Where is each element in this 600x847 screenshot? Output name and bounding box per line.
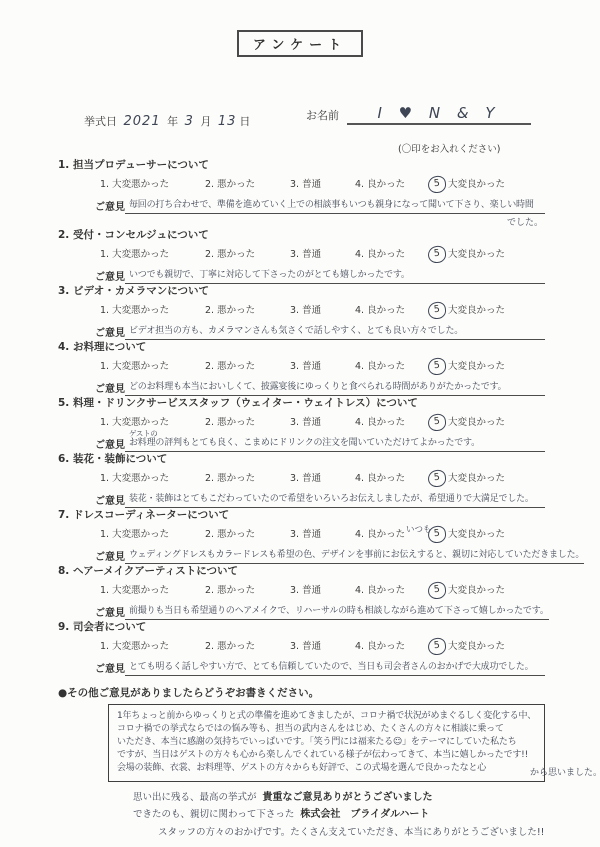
rating-option-5-selected: 5大変良かった — [428, 526, 505, 543]
rating-option-1: 1. 大変悪かった — [100, 640, 205, 654]
section-reception: 2. 受付・コンセルジュについて 1. 大変悪かった 2. 悪かった 3. 普通… — [58, 229, 545, 285]
footer-line-3: スタッフの方々のおかげです。たくさん支えていただき、本当にありがとうございました… — [158, 824, 570, 838]
footer-handwritten-2: できたのも、親切に関わって下さった — [133, 809, 294, 820]
rating-option-2: 2. 悪かった — [205, 640, 290, 654]
rating-option-2: 2. 悪かった — [205, 248, 290, 262]
rating-options-row: 1. 大変悪かった 2. 悪かった 3. 普通 4. 良かった 5大変良かった — [100, 470, 545, 487]
rating-option-5-selected: 5大変良かった — [428, 470, 505, 487]
handwritten-line-2: コロナ禍での挙式ならではの悩み等も、担当の武内さんをはじめ、たくさんの方々に相談… — [117, 723, 536, 736]
rating-option-3: 3. 普通 — [290, 528, 355, 542]
rating-option-2: 2. 悪かった — [205, 178, 290, 192]
handwritten-overflow: から思いました。 — [530, 765, 600, 778]
rating-option-1: 1. 大変悪かった — [100, 304, 205, 318]
questionnaire-scan: アンケート 挙式日 2021 年 3 月 13日 お名前 I ♥ N & Y (… — [0, 0, 600, 847]
footer-handwritten-3: スタッフの方々のおかげです。たくさん支えていただき、本当にありがとうございました… — [158, 827, 544, 838]
name-field: お名前 I ♥ N & Y — [306, 103, 531, 125]
circle-mark: 5 — [427, 413, 447, 432]
section-dress-coordinator: 7. ドレスコーディネーターについて 1. 大変悪かった 2. 悪かった 3. … — [58, 509, 545, 565]
section-hair-makeup: 8. ヘアーメイクアーティストについて 1. 大変悪かった 2. 悪かった 3.… — [58, 565, 545, 621]
rating-option-1: 1. 大変悪かった — [100, 472, 205, 486]
comment-handwritten: 毎回の打ち合わせで、準備を進めていく上での相談事もいつも親身になって聞いて下さり… — [125, 199, 545, 214]
handwritten-line-5: 会場の装飾、衣裳、お料理等、ゲストの方々からも好評で、この式場を選んで良かったな… — [117, 762, 536, 775]
comment-label: ご意見 — [95, 198, 125, 214]
comment-handwritten: ウェディングドレスもカラードレスも希望の色、デザインを事前にお伝えすると、親切に… — [125, 549, 584, 564]
comment-row: ご意見 とても明るく話しやすい方で、とても信頼していたので、当日も司会者さんのお… — [95, 660, 545, 676]
comment-label: ご意見 — [95, 660, 125, 676]
rating-option-2: 2. 悪かった — [205, 304, 290, 318]
section-heading: 8. ヘアーメイクアーティストについて — [58, 565, 545, 578]
rating-options-row: 1. 大変悪かった 2. 悪かった 3. 普通 4. 良かった 5大変良かった — [100, 582, 545, 599]
rating-options-row: 1. 大変悪かった 2. 悪かった 3. 普通 4. 良かった 5大変良かった — [100, 358, 545, 375]
section-service-staff: 5. 料理・ドリンクサービススタッフ（ウェイター・ウェイトレス）について 1. … — [58, 397, 545, 453]
rating-option-1: 1. 大変悪かった — [100, 360, 205, 374]
comment-row: ご意見 装花・装飾はとてもこだわっていたので希望をいろいろお伝えしましたが、希望… — [95, 492, 545, 508]
page-title: アンケート — [237, 30, 363, 57]
section-decoration: 6. 装花・装飾について 1. 大変悪かった 2. 悪かった 3. 普通 4. … — [58, 453, 545, 509]
section-heading: 7. ドレスコーディネーターについて — [58, 509, 545, 522]
insertion-note-handwritten: ゲストの — [129, 428, 158, 439]
handwritten-line-1: 1年ちょっと前からゆっくりと式の準備を進めてきましたが、コロナ禍で状況がめまぐる… — [117, 710, 536, 723]
other-comments-section: ●その他ご意見がありましたらどうぞお書きください。 1年ちょっと前からゆっくりと… — [58, 685, 545, 782]
rating-option-1: 1. 大変悪かった — [100, 178, 205, 192]
rating-option-2: 2. 悪かった — [205, 472, 290, 486]
section-mc: 9. 司会者について 1. 大変悪かった 2. 悪かった 3. 普通 4. 良か… — [58, 621, 545, 677]
rating-options-row: 1. 大変悪かった 2. 悪かった 3. 普通 4. 良かった いつも 5大変良… — [100, 526, 545, 543]
company-name-printed: 株式会社 ブライダルハート — [300, 809, 429, 820]
comment-label: ご意見 — [95, 492, 125, 508]
rating-option-5-selected: 5大変良かった — [428, 246, 505, 263]
comment-label: ご意見 — [95, 268, 125, 284]
rating-options-row: 1. 大変悪かった 2. 悪かった 3. 普通 4. 良かった 5大変良かった — [100, 246, 545, 263]
rating-options-row: 1. 大変悪かった 2. 悪かった 3. 普通 4. 良かった 5大変良かった — [100, 638, 545, 655]
rating-option-5-label: 大変良かった — [448, 360, 505, 374]
rating-option-3: 3. 普通 — [290, 416, 355, 430]
circle-mark: 5 — [427, 357, 447, 376]
comment-label: ご意見 — [95, 324, 125, 340]
section-producer: 1. 担当プロデューサーについて 1. 大変悪かった 2. 悪かった 3. 普通… — [58, 159, 545, 229]
comment-row: ゲストの ご意見 お料理の評判もとても良く、こまめにドリンクの注文を聞いていただ… — [95, 436, 545, 452]
circle-mark: 5 — [427, 301, 447, 320]
day-suffix: 日 — [239, 115, 250, 128]
rating-option-1: 1. 大変悪かった — [100, 528, 205, 542]
rating-option-5-label: 大変良かった — [448, 304, 505, 318]
section-video-cameraman: 3. ビデオ・カメラマンについて 1. 大変悪かった 2. 悪かった 3. 普通… — [58, 285, 545, 341]
rating-option-5-selected: 5大変良かった — [428, 638, 505, 655]
comment-handwritten: どのお料理も本当においしくて、披露宴後にゆっくりと食べられる時間がありがたかった… — [125, 381, 545, 396]
ceremony-date-month: 3 — [185, 114, 194, 129]
comment-handwritten: お料理の評判もとても良く、こまめにドリンクの注文を聞いていただけてよかったです。 — [125, 437, 545, 452]
rating-option-5-selected: 5大変良かった — [428, 302, 505, 319]
rating-option-5-label: 大変良かった — [448, 640, 505, 654]
circle-instruction: (〇印をお入れください) — [398, 141, 500, 155]
rating-option-3: 3. 普通 — [290, 472, 355, 486]
rating-option-4: 4. 良かった — [355, 640, 428, 654]
rating-option-4: 4. 良かった — [355, 472, 428, 486]
rating-option-4: 4. 良かった — [355, 178, 428, 192]
comment-row: ご意見 毎回の打ち合わせで、準備を進めていく上での相談事もいつも親身になって聞い… — [95, 198, 545, 214]
section-food: 4. お料理について 1. 大変悪かった 2. 悪かった 3. 普通 4. 良か… — [58, 341, 545, 397]
comment-handwritten: 前撮りも当日も希望通りのヘアメイクで、リハーサルの時も相談しながら進めて下さって… — [125, 605, 549, 620]
ceremony-date: 挙式日 2021 年 3 月 13日 — [84, 113, 250, 129]
name-underline: I ♥ N & Y — [347, 103, 531, 125]
rating-options-row: 1. 大変悪かった 2. 悪かった 3. 普通 4. 良かった 5大変良かった — [100, 302, 545, 319]
rating-options-row: 1. 大変悪かった 2. 悪かった 3. 普通 4. 良かった 5大変良かった — [100, 414, 545, 431]
rating-option-5-selected: 5大変良かった — [428, 176, 505, 193]
circle-mark: 5 — [427, 525, 447, 544]
rating-option-4: 4. 良かった — [355, 248, 428, 262]
section-heading: 4. お料理について — [58, 341, 545, 354]
year-suffix: 年 — [167, 115, 178, 128]
month-suffix: 月 — [200, 115, 211, 128]
comment-label: ご意見 — [95, 380, 125, 396]
section-heading: 2. 受付・コンセルジュについて — [58, 229, 545, 242]
ceremony-date-label: 挙式日 — [84, 115, 117, 128]
thanks-printed-text: 貴重なご意見ありがとうございました — [263, 792, 433, 803]
comment-handwritten: 装花・装飾はとてもこだわっていたので希望をいろいろお伝えしましたが、希望通りで大… — [125, 493, 545, 508]
rating-option-5-label: 大変良かった — [448, 178, 505, 192]
rating-option-5-label: 大変良かった — [448, 416, 505, 430]
comment-handwritten: ビデオ担当の方も、カメラマンさんも気さくで話しやすく、とても良い方々でした。 — [125, 325, 545, 340]
rating-option-4: 4. 良かった — [355, 416, 428, 430]
comment-row: ご意見 どのお料理も本当においしくて、披露宴後にゆっくりと食べられる時間がありが… — [95, 380, 545, 396]
rating-option-5-selected: 5大変良かった — [428, 414, 505, 431]
comment-row: ご意見 いつでも親切で、丁寧に対応して下さったのがとても嬉しかったです。 — [95, 268, 545, 284]
comment-label: ご意見 — [95, 604, 125, 620]
rating-option-3: 3. 普通 — [290, 178, 355, 192]
circle-mark: 5 — [427, 175, 447, 194]
rating-option-3: 3. 普通 — [290, 248, 355, 262]
rating-option-3: 3. 普通 — [290, 640, 355, 654]
rating-option-3: 3. 普通 — [290, 304, 355, 318]
section-heading: 1. 担当プロデューサーについて — [58, 159, 545, 172]
comment-label: ご意見 — [95, 436, 125, 452]
footer-line-1: 思い出に残る、最高の挙式が貴重なご意見ありがとうございました — [133, 788, 570, 803]
rating-option-1: 1. 大変悪かった — [100, 248, 205, 262]
comment-row: ご意見 前撮りも当日も希望通りのヘアメイクで、リハーサルの時も相談しながら進めて… — [95, 604, 545, 620]
rating-option-2: 2. 悪かった — [205, 584, 290, 598]
rating-option-2: 2. 悪かった — [205, 360, 290, 374]
name-value-handwritten: I ♥ N & Y — [377, 104, 500, 122]
footer-line-2: できたのも、親切に関わって下さった株式会社 ブライダルハート — [133, 805, 570, 820]
rating-sections: 1. 担当プロデューサーについて 1. 大変悪かった 2. 悪かった 3. 普通… — [0, 159, 600, 677]
rating-option-4: 4. 良かった — [355, 360, 428, 374]
comment-handwritten: とても明るく話しやすい方で、とても信頼していたので、当日も司会者さんのおかげで大… — [125, 661, 545, 676]
ceremony-date-year: 2021 — [124, 114, 161, 129]
rating-option-3: 3. 普通 — [290, 360, 355, 374]
comment-row: ご意見 ビデオ担当の方も、カメラマンさんも気さくで話しやすく、とても良い方々でし… — [95, 324, 545, 340]
rating-option-5-selected: 5大変良かった — [428, 582, 505, 599]
comment-handwritten: いつでも親切で、丁寧に対応して下さったのがとても嬉しかったです。 — [125, 269, 545, 284]
rating-option-5-label: 大変良かった — [448, 584, 505, 598]
section-heading: 5. 料理・ドリンクサービススタッフ（ウェイター・ウェイトレス）について — [58, 397, 545, 410]
footer: 思い出に残る、最高の挙式が貴重なご意見ありがとうございました できたのも、親切に… — [58, 788, 570, 838]
comment-row: ご意見 ウェディングドレスもカラードレスも希望の色、デザインを事前にお伝えすると… — [95, 548, 545, 564]
rating-option-4: 4. 良かった — [355, 584, 428, 598]
rating-option-5-label: 大変良かった — [448, 528, 505, 542]
rating-option-2: 2. 悪かった — [205, 416, 290, 430]
comment-wrap-line: でした。 — [507, 215, 543, 228]
name-label: お名前 — [306, 107, 339, 125]
circle-mark: 5 — [427, 581, 447, 600]
rating-option-2: 2. 悪かった — [205, 528, 290, 542]
rating-option-3: 3. 普通 — [290, 584, 355, 598]
section-heading: 9. 司会者について — [58, 621, 545, 634]
ceremony-date-day: 13 — [218, 114, 237, 129]
circle-mark: 5 — [427, 245, 447, 264]
circle-mark: 5 — [427, 637, 447, 656]
rating-option-5-selected: 5大変良かった — [428, 358, 505, 375]
header-meta: 挙式日 2021 年 3 月 13日 お名前 I ♥ N & Y (〇印をお入れ… — [0, 103, 600, 155]
other-comments-box: 1年ちょっと前からゆっくりと式の準備を進めてきましたが、コロナ禍で状況がめまぐる… — [108, 704, 545, 782]
rating-option-5-label: 大変良かった — [448, 472, 505, 486]
footer-handwritten-1: 思い出に残る、最高の挙式が — [133, 792, 257, 803]
other-comments-heading: ●その他ご意見がありましたらどうぞお書きください。 — [58, 685, 545, 700]
comment-label: ご意見 — [95, 548, 125, 564]
handwritten-line-4: ですが、当日はゲストの方々も心から楽しんでくれている様子が伝わってきて、本当に嬉… — [117, 749, 536, 762]
rating-option-5-label: 大変良かった — [448, 248, 505, 262]
rating-option-1: 1. 大変悪かった — [100, 584, 205, 598]
rating-option-4: 4. 良かった — [355, 304, 428, 318]
handwritten-line-3: いただき、本当に感謝の気持ちでいっぱいです。「笑う門には福来たる☺」をテーマにし… — [117, 736, 536, 749]
section-heading: 6. 装花・装飾について — [58, 453, 545, 466]
circle-mark: 5 — [427, 469, 447, 488]
section-heading: 3. ビデオ・カメラマンについて — [58, 285, 545, 298]
rating-options-row: 1. 大変悪かった 2. 悪かった 3. 普通 4. 良かった 5大変良かった — [100, 176, 545, 193]
